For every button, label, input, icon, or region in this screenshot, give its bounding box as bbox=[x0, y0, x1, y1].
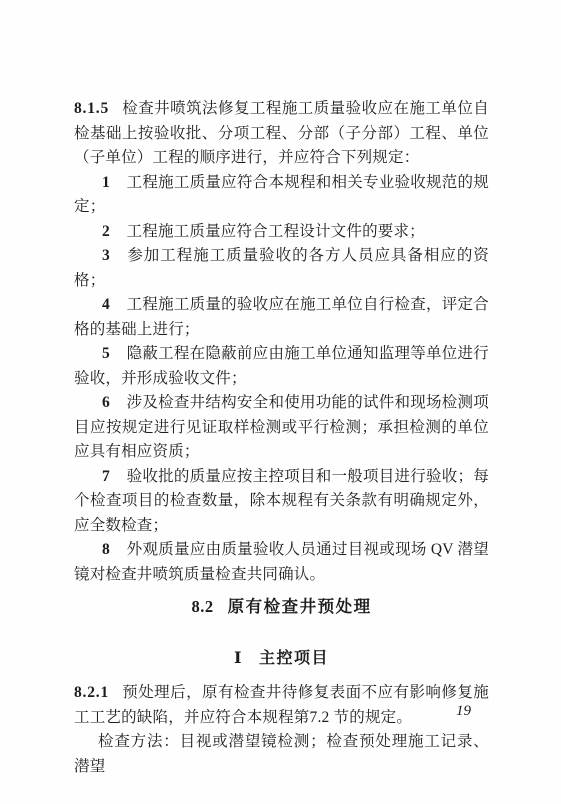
clause-8-1-5-number: 8.1.5 bbox=[74, 100, 109, 117]
inspection-method-line: 检查方法：目视或潜望镜检测；检查预处理施工记录、潜望 bbox=[74, 730, 489, 779]
list-item-1: 1工程施工质量应符合本规程和相关专业验收规范的规定； bbox=[74, 171, 489, 220]
list-item-2-text: 工程施工质量应符合工程设计文件的要求； bbox=[127, 223, 425, 240]
clause-8-2-1-text: 预处理后，原有检查井待修复表面不应有影响修复施工工艺的缺陷，并应符合本规程第7.… bbox=[74, 684, 489, 726]
list-item-8-text: 外观质量应由质量验收人员通过目视或现场 QV 潜望镜对检查井喷筑质量检查共同确认… bbox=[74, 541, 489, 583]
page-content: 8.1.5检查井喷筑法修复工程施工质量验收应在施工单位自检基础上按验收批、分项工… bbox=[74, 97, 489, 779]
clause-8-2-1-number: 8.2.1 bbox=[74, 684, 109, 701]
list-item-5-text: 隐蔽工程在隐蔽前应由施工单位通知监理等单位进行验收，并形成验收文件； bbox=[74, 345, 489, 387]
list-item-2-number: 2 bbox=[102, 223, 111, 240]
list-item-6: 6涉及检查井结构安全和使用功能的试件和现场检测项目应按规定进行见证取样检测或平行… bbox=[74, 391, 489, 465]
document-page: 8.1.5检查井喷筑法修复工程施工质量验收应在施工单位自检基础上按验收批、分项工… bbox=[0, 0, 561, 804]
section-heading-title: 原有检查井预处理 bbox=[228, 598, 372, 616]
section-heading-8-2: 8.2原有检查井预处理 bbox=[74, 595, 489, 620]
list-item-8: 8外观质量应由质量验收人员通过目视或现场 QV 潜望镜对检查井喷筑质量检查共同确… bbox=[74, 538, 489, 587]
list-item-7-text: 验收批的质量应按主控项目和一般项目进行验收；每个检查项目的检查数量，除本规程有关… bbox=[74, 468, 489, 534]
list-item-3: 3参加工程施工质量验收的各方人员应具备相应的资格； bbox=[74, 244, 489, 293]
list-item-5: 5隐蔽工程在隐蔽前应由施工单位通知监理等单位进行验收，并形成验收文件； bbox=[74, 342, 489, 391]
list-item-1-text: 工程施工质量应符合本规程和相关专业验收规范的规定； bbox=[74, 174, 489, 216]
section-heading-number: 8.2 bbox=[191, 597, 213, 616]
list-item-4-text: 工程施工质量的验收应在施工单位自行检查，评定合格的基础上进行； bbox=[74, 296, 489, 338]
list-item-8-number: 8 bbox=[102, 541, 111, 558]
list-item-5-number: 5 bbox=[102, 345, 111, 362]
clause-8-2-1: 8.2.1预处理后，原有检查井待修复表面不应有影响修复施工工艺的缺陷，并应符合本… bbox=[74, 681, 489, 730]
subsection-heading-numeral: Ⅰ bbox=[234, 650, 242, 667]
clause-8-1-5: 8.1.5检查井喷筑法修复工程施工质量验收应在施工单位自检基础上按验收批、分项工… bbox=[74, 97, 489, 171]
list-item-6-text: 涉及检查井结构安全和使用功能的试件和现场检测项目应按规定进行见证取样检测或平行检… bbox=[74, 394, 489, 460]
list-item-4-number: 4 bbox=[102, 296, 111, 313]
list-item-7: 7验收批的质量应按主控项目和一般项目进行验收；每个检查项目的检查数量，除本规程有… bbox=[74, 465, 489, 539]
clause-8-1-5-text: 检查井喷筑法修复工程施工质量验收应在施工单位自检基础上按验收批、分项工程、分部（… bbox=[74, 100, 489, 166]
list-item-4: 4工程施工质量的验收应在施工单位自行检查，评定合格的基础上进行； bbox=[74, 293, 489, 342]
subsection-heading-master-control: Ⅰ主控项目 bbox=[74, 647, 489, 672]
list-item-2: 2工程施工质量应符合工程设计文件的要求； bbox=[74, 220, 489, 245]
list-item-7-number: 7 bbox=[102, 468, 111, 485]
list-item-3-number: 3 bbox=[102, 247, 111, 264]
list-item-6-number: 6 bbox=[102, 394, 111, 411]
subsection-heading-title: 主控项目 bbox=[259, 650, 329, 667]
list-item-1-number: 1 bbox=[102, 174, 111, 191]
inspection-method-text: 检查方法：目视或潜望镜检测；检查预处理施工记录、潜望 bbox=[74, 733, 489, 775]
list-item-3-text: 参加工程施工质量验收的各方人员应具备相应的资格； bbox=[74, 247, 489, 289]
page-number: 19 bbox=[456, 703, 471, 720]
